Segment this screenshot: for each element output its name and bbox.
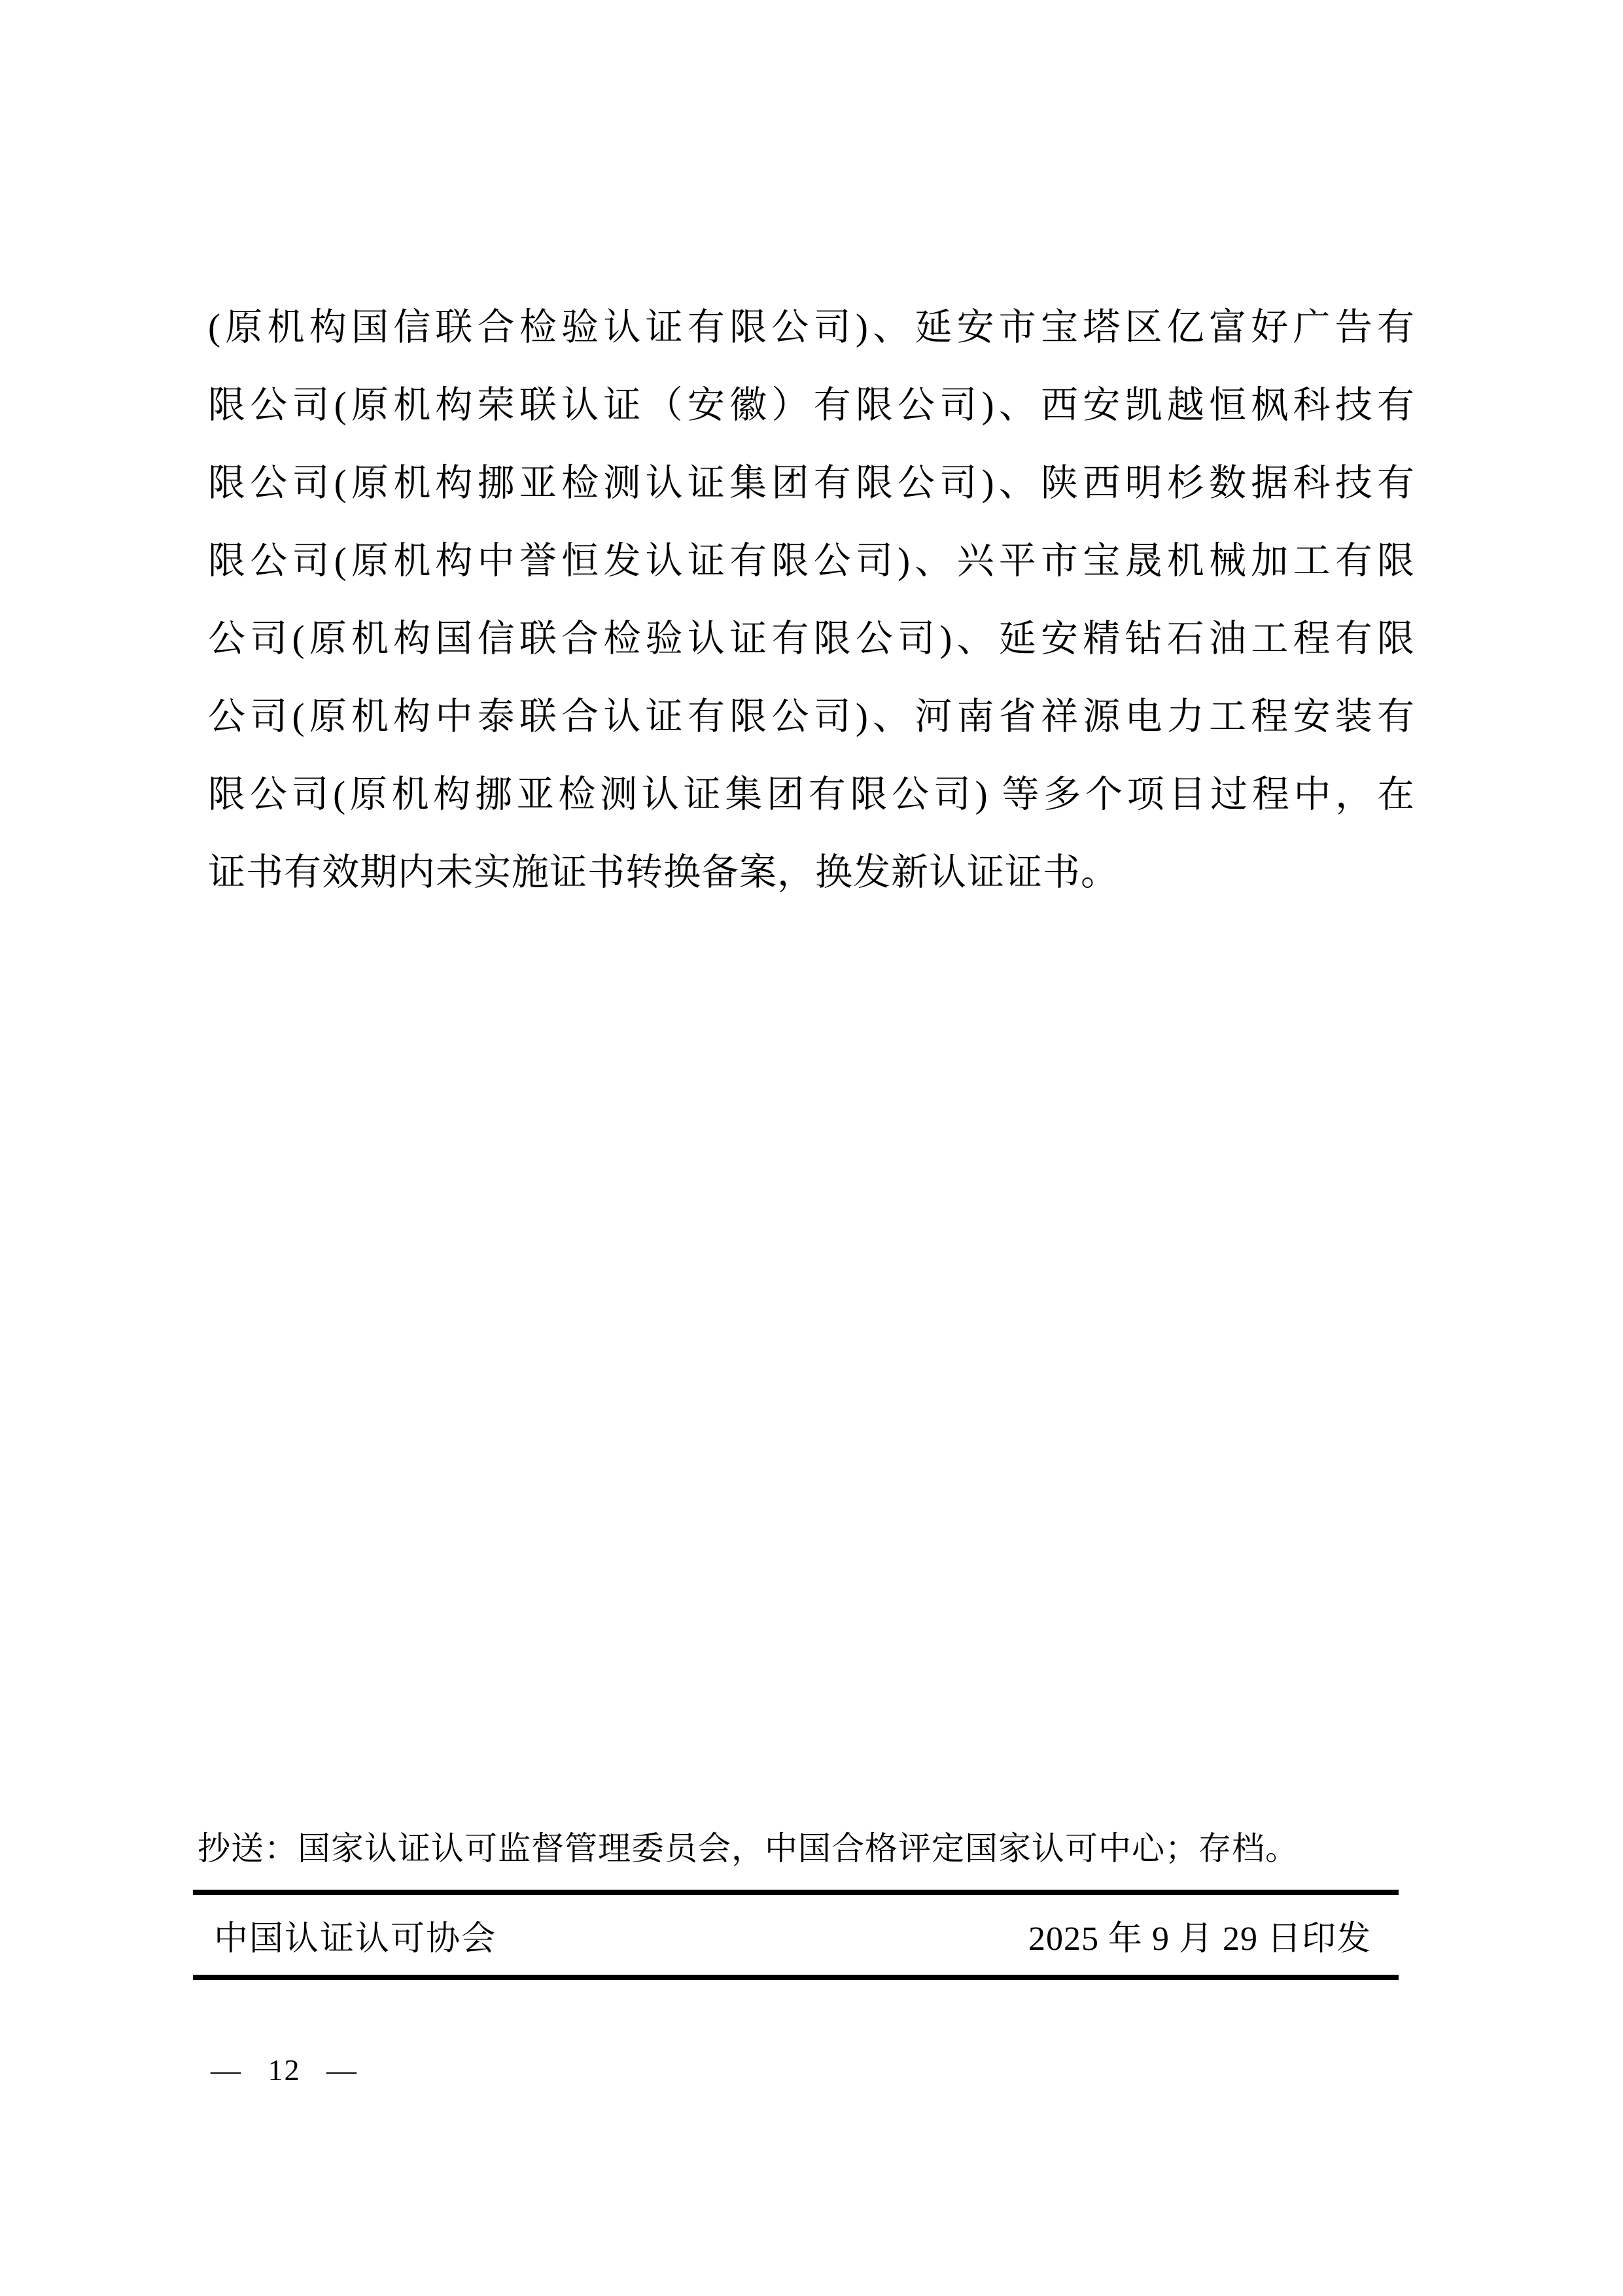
body-line: 证书有效期内未实施证书转换备案，换发新认证证书。 [208, 834, 1415, 911]
body-line: (原机构国信联合检验认证有限公司)、延安市宝塔区亿富好广告有 [208, 289, 1415, 366]
issuer-row: 中国认证认可协会 2025 年 9 月 29 日印发 [193, 1895, 1399, 1975]
body-line: 公司(原机构中泰联合认证有限公司)、河南省祥源电力工程安装有 [208, 678, 1415, 756]
print-date: 2025 年 9 月 29 日印发 [1028, 1911, 1371, 1960]
footer-rule-bottom [193, 1975, 1399, 1980]
body-line: 限公司(原机构挪亚检测认证集团有限公司)、陕西明杉数据科技有 [208, 444, 1415, 522]
cc-distribution-line: 抄送：国家认证认可监督管理委员会，中国合格评定国家认可中心；存档。 [198, 1827, 1414, 1870]
body-line: 限公司(原机构中誉恒发认证有限公司)、兴平市宝晟机械加工有限 [208, 522, 1415, 600]
body-paragraph: (原机构国信联合检验认证有限公司)、延安市宝塔区亿富好广告有 限公司(原机构荣联… [208, 289, 1415, 911]
page-number: — 12 — [211, 2052, 358, 2089]
document-page: (原机构国信联合检验认证有限公司)、延安市宝塔区亿富好广告有 限公司(原机构荣联… [0, 0, 1623, 2296]
footer-rule-top [193, 1890, 1399, 1895]
body-line: 公司(原机构国信联合检验认证有限公司)、延安精钻石油工程有限 [208, 600, 1415, 678]
issuing-organization: 中国认证认可协会 [214, 1911, 497, 1960]
body-line: 限公司(原机构荣联认证（安徽）有限公司)、西安凯越恒枫科技有 [208, 366, 1415, 444]
body-line: 限公司(原机构挪亚检测认证集团有限公司) 等多个项目过程中，在 [208, 756, 1415, 834]
